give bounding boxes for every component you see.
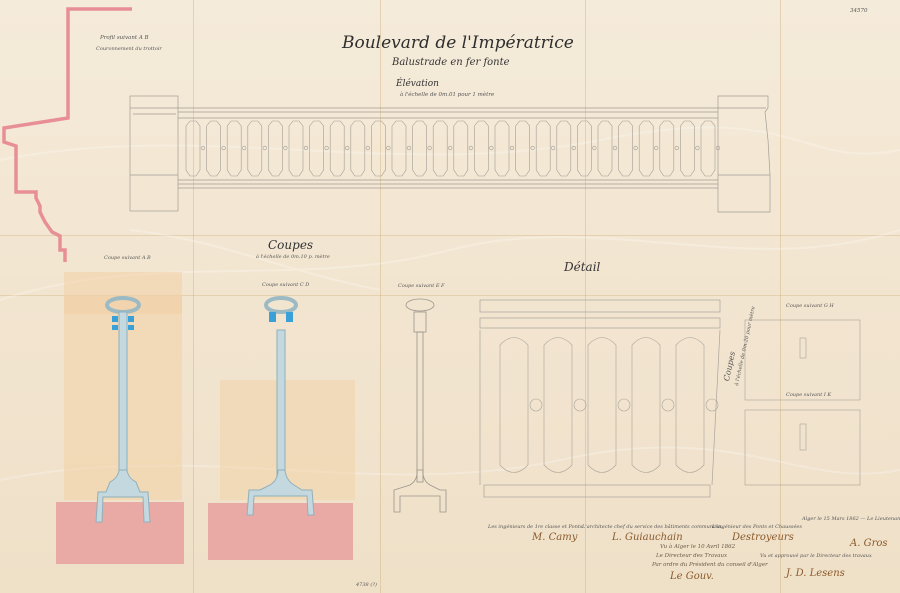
signature-1: M. Camy	[532, 532, 577, 543]
profile-sublabel: Couronnement du trottoir	[96, 46, 162, 52]
section-ef	[394, 299, 446, 512]
section-gh-ik	[745, 320, 860, 485]
signature-4: A. Gros	[850, 538, 888, 549]
section-cd	[208, 298, 355, 560]
signature-caption-1: Les ingénieurs de 1re classe et Ponts	[488, 524, 582, 530]
approval-line-1: Vu à Alger le 10 Avril 1862	[660, 544, 735, 550]
approval-signature: Le Gouv.	[670, 571, 714, 582]
section-ab	[56, 272, 184, 564]
signature-caption-4: Alger le 15 Mars 1862 — Le Lieutenant-Co…	[802, 516, 900, 522]
section-gh-label: Coupe suivant G H	[786, 303, 834, 309]
catalog-number: 34570	[850, 8, 868, 14]
signature-3: Destroyeurs	[732, 532, 794, 543]
section-cd-label: Coupe suivant C D	[262, 282, 309, 288]
approval-line-3: Par ordre du Président du conseil d'Alge…	[652, 562, 768, 568]
drawing-subtitle: Balustrade en fer fonte	[392, 57, 510, 68]
section-ik-label: Coupe suivant I K	[786, 392, 831, 398]
bottom-stamp: 4738 (?)	[356, 582, 377, 588]
signature-caption-2: L'architecte chef du service des bâtimen…	[582, 524, 722, 530]
secondary-signature: J. D. Lesens	[786, 568, 845, 579]
sections-scale: à l'échelle de 0m.10 p. mètre	[256, 254, 330, 260]
signature-2: L. Guiauchain	[612, 532, 683, 543]
section-ef-label: Coupe suivant E F	[398, 283, 445, 289]
profile-label: Profil suivant A B	[100, 35, 149, 41]
detail-heading: Détail	[564, 260, 600, 274]
sections-heading: Coupes	[268, 238, 313, 252]
architectural-drawing-sheet: 34570 Boulevard de l'Impératrice Balustr…	[0, 0, 900, 593]
drawing-canvas	[0, 0, 900, 593]
section-ab-label: Coupe suivant A B	[104, 255, 151, 261]
approval-line-2: Le Directeur des Travaux	[656, 553, 727, 559]
elevation-heading: Élévation	[396, 79, 439, 89]
secondary-caption: Vu et approuvé par le Directeur des trav…	[760, 553, 872, 559]
elevation-scale: à l'échelle de 0m.01 pour 1 mètre	[400, 92, 494, 98]
signature-caption-3: L'ingénieur des Ponts et Chaussées	[712, 524, 802, 530]
drawing-title: Boulevard de l'Impératrice	[342, 33, 574, 53]
